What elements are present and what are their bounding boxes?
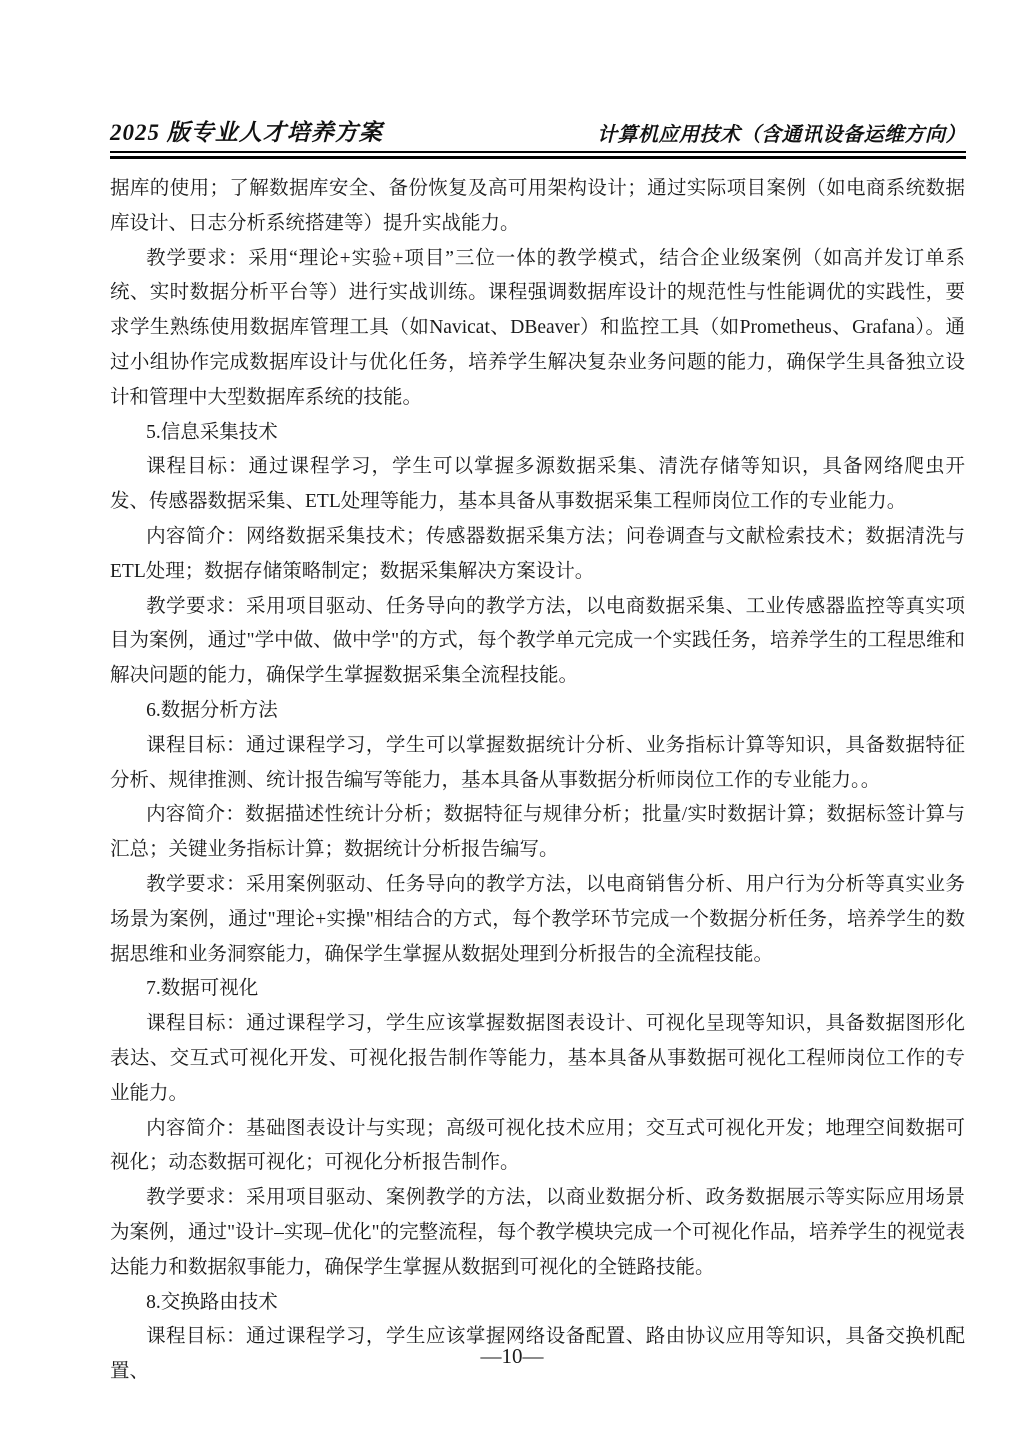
section-heading-8-switching-routing: 8.交换路由技术 [110,1286,965,1321]
paragraph-teaching-requirement-5: 教学要求：采用项目驱动、任务导向的教学方法，以电商数据采集、工业传感器监控等真实… [110,590,965,694]
section-heading-7-data-visualization: 7.数据可视化 [110,972,965,1007]
section-heading-5-info-collection: 5.信息采集技术 [110,416,965,451]
paragraph-teaching-requirement-7: 教学要求：采用项目驱动、案例教学的方法，以商业数据分析、政务数据展示等实际应用场… [110,1181,965,1285]
paragraph-teaching-requirement-6: 教学要求：采用案例驱动、任务导向的教学方法，以电商销售分析、用户行为分析等真实业… [110,868,965,972]
paragraph-content-intro-7: 内容简介：基础图表设计与实现；高级可视化技术应用；交互式可视化开发；地理空间数据… [110,1112,965,1182]
page-header: 2025 版专业人才培养方案 计算机应用技术（含通讯设备运维方向） [110,114,966,147]
header-right-title: 计算机应用技术（含通讯设备运维方向） [597,118,966,147]
paragraph-teaching-requirement-db: 教学要求：采用“理论+实验+项目”三位一体的教学模式，结合企业级案例（如高并发订… [110,242,965,416]
paragraph-course-goal-6: 课程目标：通过课程学习，学生可以掌握数据统计分析、业务指标计算等知识，具备数据特… [110,729,965,799]
document-body: 据库的使用；了解数据库安全、备份恢复及高可用架构设计；通过实际项目案例（如电商系… [110,172,965,1390]
paragraph-course-goal-7: 课程目标：通过课程学习，学生应该掌握数据图表设计、可视化呈现等知识，具备数据图形… [110,1007,965,1111]
paragraph-content-intro-5: 内容简介：网络数据采集技术；传感器数据采集方法；问卷调查与文献检索技术；数据清洗… [110,520,965,590]
paragraph-content-intro-6: 内容简介：数据描述性统计分析；数据特征与规律分析；批量/实时数据计算；数据标签计… [110,798,965,868]
page-footer: —10— [0,1344,1024,1369]
paragraph-db-usage-continuation: 据库的使用；了解数据库安全、备份恢复及高可用架构设计；通过实际项目案例（如电商系… [110,172,965,242]
section-heading-6-data-analysis: 6.数据分析方法 [110,694,965,729]
paragraph-course-goal-5: 课程目标：通过课程学习，学生可以掌握多源数据采集、清洗存储等知识，具备网络爬虫开… [110,450,965,520]
page-number: —10— [481,1344,544,1368]
document-page: 2025 版专业人才培养方案 计算机应用技术（含通讯设备运维方向） 据库的使用；… [0,0,1024,1448]
header-divider-rule [110,151,966,159]
header-left-title: 2025 版专业人才培养方案 [110,114,383,147]
